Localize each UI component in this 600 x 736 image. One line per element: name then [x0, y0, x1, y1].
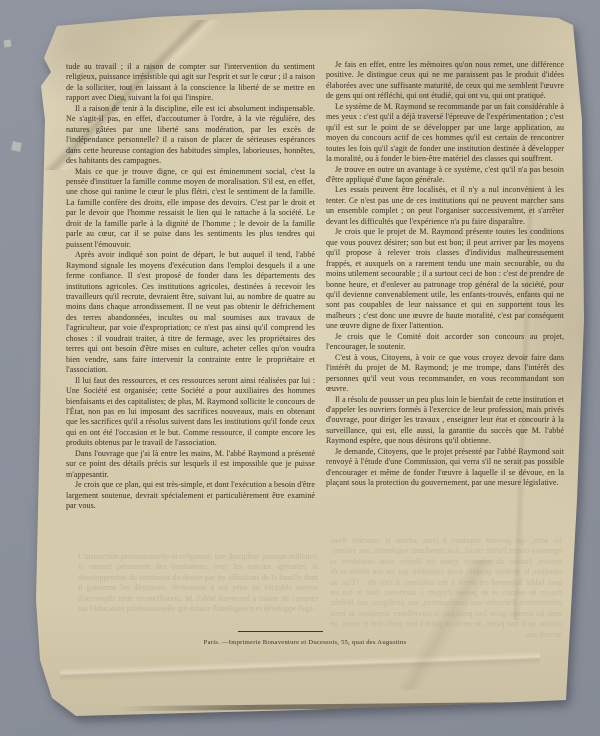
- paragraph: Après avoir indiqué son point de départ,…: [66, 250, 315, 375]
- paragraph: tude au travail ; il a raison de compter…: [66, 62, 315, 104]
- text-column-left: tude au travail ; il a raison de compter…: [66, 62, 315, 511]
- paragraph: Il lui faut des ressources, et ces resso…: [66, 376, 315, 449]
- bleedthrough-text: L'instruction professionnelle et religie…: [78, 552, 318, 614]
- document-page: tude au travail ; il a raison de compter…: [0, 0, 600, 736]
- paragraph: Je fais en effet, entre les mémoires qu'…: [326, 60, 564, 102]
- paragraph: Je trouve en outre un avantage à ce syst…: [326, 165, 564, 186]
- paragraph: Le système de M. Raymond se recommande p…: [326, 102, 564, 165]
- bleedthrough-text: les actes, qui peuvent imprimer à leurs …: [330, 536, 562, 640]
- paragraph: Mais ce que je trouve digne, ce qui est …: [66, 167, 315, 251]
- paragraph: Les essais peuvent être localisés, et il…: [326, 185, 564, 227]
- page-edge-shadow: [120, 702, 550, 712]
- paragraph: Je crois que ce plan, qui est très-simpl…: [66, 480, 315, 511]
- text-column-right: Je fais en effet, entre les mémoires qu'…: [326, 60, 564, 489]
- paragraph: Dans l'ouvrage que j'ai là entre les mai…: [66, 449, 315, 480]
- document-page-wrapper: tude au travail ; il a raison de compter…: [0, 0, 600, 736]
- paragraph: C'est à vous, Citoyens, à voir ce que vo…: [326, 353, 564, 395]
- paragraph: Je crois que le projet de M. Raymond pré…: [326, 227, 564, 332]
- photo-scene: tude au travail ; il a raison de compter…: [0, 0, 600, 736]
- paragraph: Je crois que le Comité doit accorder son…: [326, 332, 564, 353]
- paragraph: Je demande, Citoyens, que le projet prés…: [326, 447, 564, 489]
- printer-imprint: Paris. —Imprimerie Bonaventure et Ducess…: [155, 639, 455, 646]
- footer-divider: [238, 631, 323, 632]
- paragraph: Il a résolu de pousser un peu plus loin …: [326, 395, 564, 447]
- fold-crease: [330, 560, 560, 690]
- paragraph: Il a raison de tenir à la discipline, el…: [66, 104, 315, 167]
